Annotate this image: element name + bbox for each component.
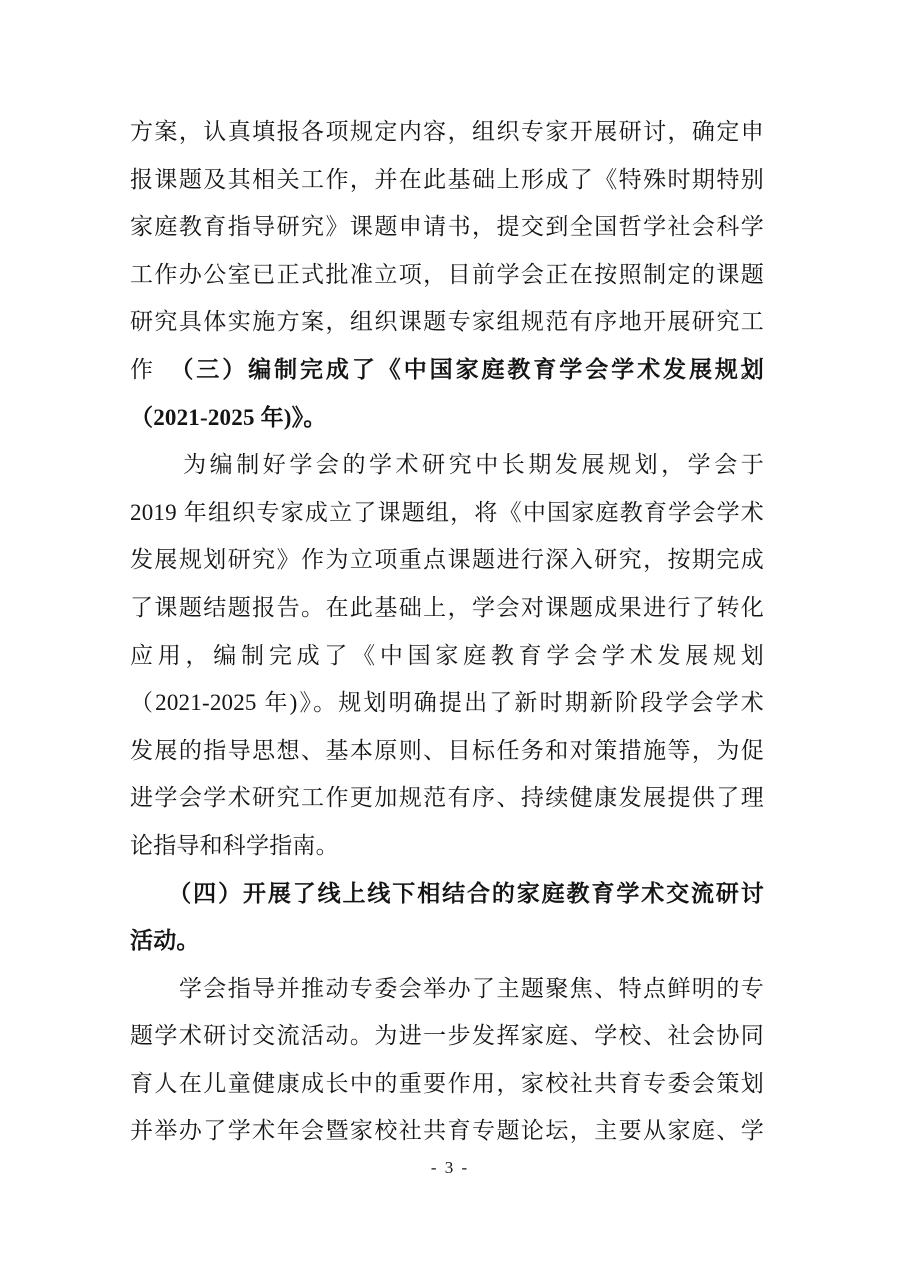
text-line: 并举办了学术年会暨家校社共育专题论坛，主要从家庭、学 xyxy=(130,1107,764,1155)
page-number: - 3 - xyxy=(0,1156,900,1180)
section-heading-line: 活动。 xyxy=(130,917,764,965)
text-line: 2019 年组织专家成立了课题组，将《中国家庭教育学会学术 xyxy=(130,489,764,537)
text-line: 论指导和科学指南。 xyxy=(130,822,764,870)
document-page: 方案，认真填报各项规定内容，组织专家开展研讨，确定申 报课题及其相关工作，并在此… xyxy=(0,0,900,1273)
text-line: 育人在儿童健康成长中的重要作用，家校社共育专委会策划 xyxy=(130,1060,764,1108)
section-heading-line: （四）开展了线上线下相结合的家庭教育学术交流研讨 xyxy=(130,870,764,918)
text-line: （2021-2025 年)》。规划明确提出了新时期新阶段学会学术 xyxy=(130,679,764,727)
document-body-text: 方案，认真填报各项规定内容，组织专家开展研讨，确定申 报课题及其相关工作，并在此… xyxy=(130,108,764,1155)
text-line: 学会指导并推动专委会举办了主题聚焦、特点鲜明的专 xyxy=(130,965,764,1013)
text-line: 为编制好学会的学术研究中长期发展规划，学会于 xyxy=(130,441,764,489)
text-line: 家庭教育指导研究》课题申请书，提交到全国哲学社会科学 xyxy=(130,203,764,251)
text-line: 发展规划研究》作为立项重点课题进行深入研究，按期完成 xyxy=(130,536,764,584)
text-line: 了课题结题报告。在此基础上，学会对课题成果进行了转化 xyxy=(130,584,764,632)
text-line: 报课题及其相关工作，并在此基础上形成了《特殊时期特别 xyxy=(130,156,764,204)
text-line: 题学术研讨交流活动。为进一步发挥家庭、学校、社会协同 xyxy=(130,1012,764,1060)
section-heading-line: （三）编制完成了《中国家庭教育学会学术发展规划 xyxy=(130,346,764,394)
text-line: 进学会学术研究工作更加规范有序、持续健康发展提供了理 xyxy=(130,774,764,822)
text-line: 工作办公室已正式批准立项，目前学会正在按照制定的课题 xyxy=(130,251,764,299)
text-line: 研究具体实施方案，组织课题专家组规范有序地开展研究工作。 xyxy=(130,298,764,346)
text-line: 发展的指导思想、基本原则、目标任务和对策措施等，为促 xyxy=(130,727,764,775)
section-heading-line: （2021-2025 年)》。 xyxy=(130,394,764,442)
text-line: 方案，认真填报各项规定内容，组织专家开展研讨，确定申 xyxy=(130,108,764,156)
text-line: 应用，编制完成了《中国家庭教育学会学术发展规划 xyxy=(130,632,764,680)
